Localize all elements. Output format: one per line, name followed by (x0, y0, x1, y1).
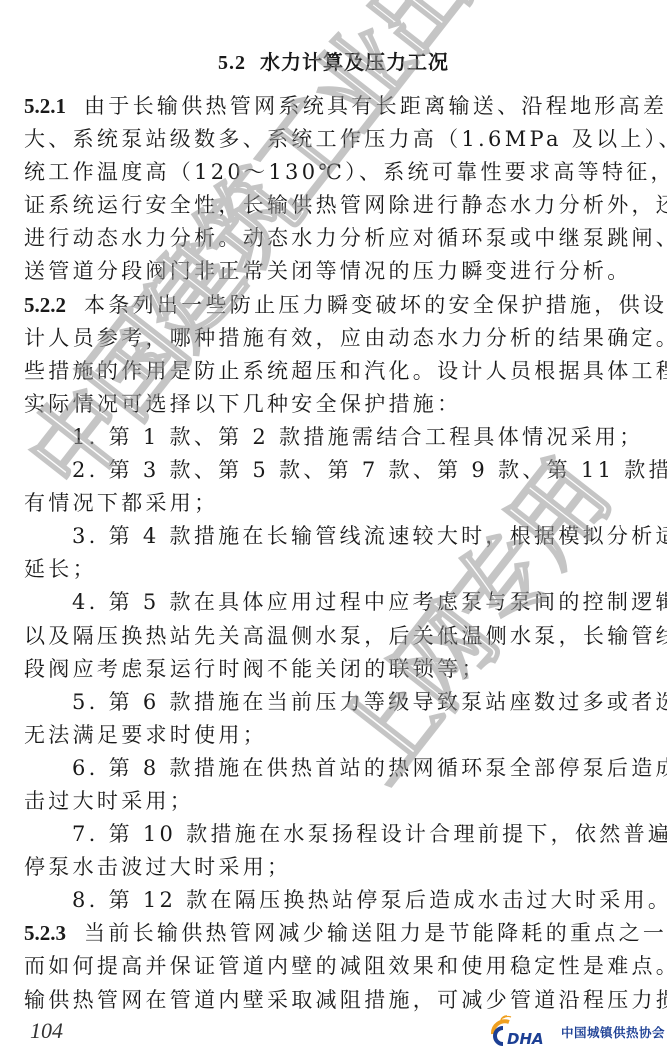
svg-text:DHA: DHA (507, 1030, 544, 1048)
text-line: 5. 第 6 款措施在当前压力等级导致泵站座数过多或者选址 (24, 686, 636, 719)
text-line: 进行动态水力分析。动态水力分析应对循环泵或中继泵跳闸、输 (24, 222, 636, 255)
line-text: 些措施的作用是防止系统超压和汽化。设计人员根据具体工程的 (24, 359, 667, 383)
line-text: 6. 第 8 款措施在供热首站的热网循环泵全部停泵后造成水 (72, 756, 667, 780)
text-line: 击过大时采用； (24, 785, 636, 818)
text-line: 6. 第 8 款措施在供热首站的热网循环泵全部停泵后造成水 (24, 752, 636, 785)
line-text: 无法满足要求时使用； (24, 723, 267, 747)
line-text: 当前长输供热管网减少输送阻力是节能降耗的重点之一， (84, 921, 667, 945)
text-line: 延长； (24, 553, 636, 586)
text-line: 7. 第 10 款措施在水泵扬程设计合理前提下，依然普遍出现 (24, 818, 636, 851)
text-line: 以及隔压换热站先关高温侧水泵，后关低温侧水泵，长输管线分 (24, 620, 636, 653)
line-text: 统工作温度高（120～130℃）、系统可靠性要求高等特征，为保 (24, 160, 667, 184)
line-text: 送管道分段阀门非正常关闭等情况的压力瞬变进行分析。 (24, 259, 632, 283)
text-line: 8. 第 12 款在隔压换热站停泵后造成水击过大时采用。 (24, 884, 636, 917)
cdha-logo-icon: DHA (489, 1014, 553, 1050)
text-line: 4. 第 5 款在具体应用过程中应考虑泵与泵间的控制逻辑， (24, 586, 636, 619)
page-number: 104 (30, 1018, 63, 1044)
line-text: 停泵水击波过大时采用； (24, 855, 291, 879)
line-text: 以及隔压换热站先关高温侧水泵，后关低温侧水泵，长输管线分 (24, 624, 667, 648)
line-text: 证系统运行安全性，长输供热管网除进行静态水力分析外，还应 (24, 193, 667, 217)
text-line: 计人员参考，哪种措施有效，应由动态水力分析的结果确定。这 (24, 322, 636, 355)
line-text: 而如何提高并保证管道内壁的减阻效果和使用稳定性是难点。长 (24, 954, 667, 978)
line-text: 大、系统泵站级数多、系统工作压力高（1.6MPa 及以上）、系 (24, 127, 667, 151)
text-line: 1. 第 1 款、第 2 款措施需结合工程具体情况采用； (24, 421, 636, 454)
body-text: 5.2.1由于长输供热管网系统具有长距离输送、沿程地形高差大、系统泵站级数多、系… (24, 90, 636, 1017)
line-text: 8. 第 12 款在隔压换热站停泵后造成水击过大时采用。 (72, 888, 667, 912)
line-text: 段阀应考虑泵运行时阀不能关闭的联锁等； (24, 657, 486, 681)
section-title-text: 水力计算及压力工况 (260, 50, 449, 74)
text-line: 送管道分段阀门非正常关闭等情况的压力瞬变进行分析。 (24, 255, 636, 288)
line-text: 实际情况可选择以下几种安全保护措施： (24, 392, 461, 416)
line-text: 1. 第 1 款、第 2 款措施需结合工程具体情况采用； (72, 425, 644, 449)
text-line: 停泵水击波过大时采用； (24, 851, 636, 884)
section-number: 5.2 (218, 52, 246, 74)
line-text: 7. 第 10 款措施在水泵扬程设计合理前提下，依然普遍出现 (72, 822, 667, 846)
text-line: 统工作温度高（120～130℃）、系统可靠性要求高等特征，为保 (24, 156, 636, 189)
text-line: 实际情况可选择以下几种安全保护措施： (24, 388, 636, 421)
line-text: 本条列出一些防止压力瞬变破坏的安全保护措施，供设 (84, 293, 667, 317)
text-line: 证系统运行安全性，长输供热管网除进行静态水力分析外，还应 (24, 189, 636, 222)
association-name: 中国城镇供热协会 (561, 1023, 665, 1041)
line-text: 3. 第 4 款措施在长输管线流速较大时，根据模拟分析适当 (72, 524, 667, 548)
text-line: 5.2.1由于长输供热管网系统具有长距离输送、沿程地形高差 (24, 90, 636, 123)
line-text: 进行动态水力分析。动态水力分析应对循环泵或中继泵跳闸、输 (24, 226, 667, 250)
line-text: 延长； (24, 557, 97, 581)
text-line: 些措施的作用是防止系统超压和汽化。设计人员根据具体工程的 (24, 355, 636, 388)
text-line: 3. 第 4 款措施在长输管线流速较大时，根据模拟分析适当 (24, 520, 636, 553)
line-text: 5. 第 6 款措施在当前压力等级导致泵站座数过多或者选址 (72, 690, 667, 714)
text-line: 输供热管网在管道内壁采取减阻措施，可减少管道沿程压力损 (24, 984, 636, 1017)
text-line: 而如何提高并保证管道内壁的减阻效果和使用稳定性是难点。长 (24, 950, 636, 983)
text-line: 5.2.3当前长输供热管网减少输送阻力是节能降耗的重点之一， (24, 917, 636, 950)
line-text: 击过大时采用； (24, 789, 194, 813)
line-text: 输供热管网在管道内壁采取减阻措施，可减少管道沿程压力损 (24, 988, 667, 1012)
line-text: 2. 第 3 款、第 5 款、第 7 款、第 9 款、第 11 款措施推荐所 (72, 458, 667, 482)
clause-number: 5.2.3 (24, 921, 66, 945)
document-page: 5.2水力计算及压力工况 5.2.1由于长输供热管网系统具有长距离输送、沿程地形… (0, 0, 667, 1058)
line-text: 有情况下都采用； (24, 491, 218, 515)
association-logo: DHA 中国城镇供热协会 (489, 1014, 665, 1050)
section-title: 5.2水力计算及压力工况 (0, 46, 667, 75)
line-text: 由于长输供热管网系统具有长距离输送、沿程地形高差 (84, 94, 667, 118)
clause-number: 5.2.2 (24, 293, 66, 317)
clause-number: 5.2.1 (24, 94, 66, 118)
text-line: 5.2.2本条列出一些防止压力瞬变破坏的安全保护措施，供设 (24, 289, 636, 322)
text-line: 2. 第 3 款、第 5 款、第 7 款、第 9 款、第 11 款措施推荐所 (24, 454, 636, 487)
line-text: 计人员参考，哪种措施有效，应由动态水力分析的结果确定。这 (24, 326, 667, 350)
line-text: 4. 第 5 款在具体应用过程中应考虑泵与泵间的控制逻辑， (72, 590, 667, 614)
text-line: 无法满足要求时使用； (24, 719, 636, 752)
text-line: 段阀应考虑泵运行时阀不能关闭的联锁等； (24, 653, 636, 686)
text-line: 有情况下都采用； (24, 487, 636, 520)
text-line: 大、系统泵站级数多、系统工作压力高（1.6MPa 及以上）、系 (24, 123, 636, 156)
